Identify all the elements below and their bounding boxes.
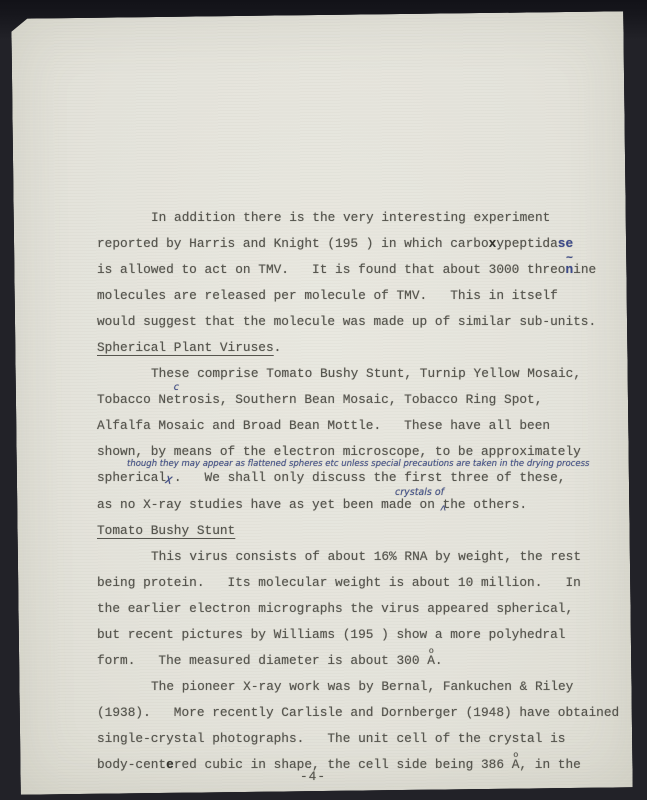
typescript-line: Tomato Bushy Stunt bbox=[97, 518, 619, 544]
typescript-text: shown, by means of the electron microsco… bbox=[97, 444, 581, 459]
typescript-line: the earlier electron micrographs the vir… bbox=[97, 596, 619, 622]
typescript-correction: Tomato Bushy Stunt bbox=[97, 523, 235, 538]
typescript-line: In addition there is the very interestin… bbox=[97, 205, 619, 231]
typescript-text: being protein. Its molecular weight is a… bbox=[97, 575, 581, 590]
typescript-correction: Spherical Plant Viruses bbox=[97, 340, 274, 355]
typescript-text: In addition there is the very interestin… bbox=[151, 210, 550, 225]
typescript-text: the others. bbox=[443, 497, 527, 512]
typescript-text: ypeptida bbox=[496, 236, 557, 251]
typescript-line: as no X-ray studies have as yet been mad… bbox=[97, 492, 619, 518]
page-number: -4- bbox=[300, 769, 326, 784]
typescript-body: In addition there is the very interestin… bbox=[97, 205, 619, 778]
typed-superscript: o bbox=[513, 751, 518, 760]
typescript-text: would suggest that the molecule was made… bbox=[97, 314, 596, 329]
typescript-text: The pioneer X-ray work was by Bernal, Fa… bbox=[151, 679, 573, 694]
typescript-line: being protein. Its molecular weight is a… bbox=[97, 570, 619, 596]
handwritten-correction: ~ bbox=[565, 253, 573, 262]
typescript-correction: se bbox=[558, 236, 573, 251]
typescript-text: form. The measured diameter is about 300 bbox=[97, 653, 427, 668]
typescript-text: . bbox=[435, 653, 443, 668]
typescript-line: This virus consists of about 16% RNA by … bbox=[97, 544, 619, 570]
typescript-text: the earlier electron micrographs the vir… bbox=[97, 601, 573, 616]
typescript-line: would suggest that the molecule was made… bbox=[97, 309, 619, 335]
typed-superscript: o bbox=[429, 647, 434, 656]
typescript-text: . We shall only discuss the first three … bbox=[174, 470, 566, 485]
typescript-text: ine bbox=[573, 262, 596, 277]
typescript-text: rosis, Southern Bean Mosaic, Tobacco Rin… bbox=[181, 392, 542, 407]
typescript-line: sphericalx. We shall only discuss the fi… bbox=[97, 465, 619, 491]
typescript-text: single-crystal photographs. The unit cel… bbox=[97, 731, 565, 746]
typescript-line: is allowed to act on TMV. It is found th… bbox=[97, 257, 619, 283]
typescript-text: is allowed to act on TMV. It is found th… bbox=[97, 262, 565, 277]
typescript-text: red cubic in shape, the cell side being … bbox=[174, 757, 512, 772]
typescript-line: reported by Harris and Knight (195 ) in … bbox=[97, 231, 619, 257]
typescript-text: , in the bbox=[519, 757, 580, 772]
typescript-line: The pioneer X-ray work was by Bernal, Fa… bbox=[97, 674, 619, 700]
typescript-text: Ao bbox=[427, 653, 435, 668]
typescript-text: . bbox=[274, 340, 282, 355]
typescript-line: but recent pictures by Williams (195 ) s… bbox=[97, 622, 619, 648]
typescript-text: spherical bbox=[97, 470, 166, 485]
typescript-line: Tobacco Netcrosis, Southern Bean Mosaic,… bbox=[97, 387, 619, 413]
typescript-line: shown, by means of the electron microsco… bbox=[97, 439, 619, 465]
typescript-text: These comprise Tomato Bushy Stunt, Turni… bbox=[151, 366, 581, 381]
typescript-text: Alfalfa Mosaic and Broad Bean Mottle. Th… bbox=[97, 418, 550, 433]
typescript-text: (1938). More recently Carlisle and Dornb… bbox=[97, 705, 619, 720]
typescript-text: as no X-ray studies have as yet been mad… bbox=[97, 497, 443, 512]
typescript-text: reported by Harris and Knight (195 ) in … bbox=[97, 236, 489, 251]
typescript-correction: e bbox=[166, 757, 174, 772]
typescript-line: (1938). More recently Carlisle and Dornb… bbox=[97, 700, 619, 726]
photo-background: In addition there is the very interestin… bbox=[0, 0, 647, 800]
typescript-text: This virus consists of about 16% RNA by … bbox=[151, 549, 581, 564]
typescript-line: Alfalfa Mosaic and Broad Bean Mottle. Th… bbox=[97, 413, 619, 439]
handwritten-correction: c bbox=[174, 383, 179, 392]
typescript-line: form. The measured diameter is about 300… bbox=[97, 648, 619, 674]
typescript-text: but recent pictures by Williams (195 ) s… bbox=[97, 627, 565, 642]
typescript-text: Tobacco Ne bbox=[97, 392, 174, 407]
typescript-line: Spherical Plant Viruses. bbox=[97, 335, 619, 361]
typescript-text: body-cent bbox=[97, 757, 166, 772]
typescript-line: single-crystal photographs. The unit cel… bbox=[97, 726, 619, 752]
typescript-line: body-centered cubic in shape, the cell s… bbox=[97, 752, 619, 778]
typescript-text: molecules are released per molecule of T… bbox=[97, 288, 558, 303]
typescript-line: molecules are released per molecule of T… bbox=[97, 283, 619, 309]
typescript-correction: n~ bbox=[565, 262, 573, 277]
manuscript-content: In addition there is the very interestin… bbox=[16, 12, 628, 794]
